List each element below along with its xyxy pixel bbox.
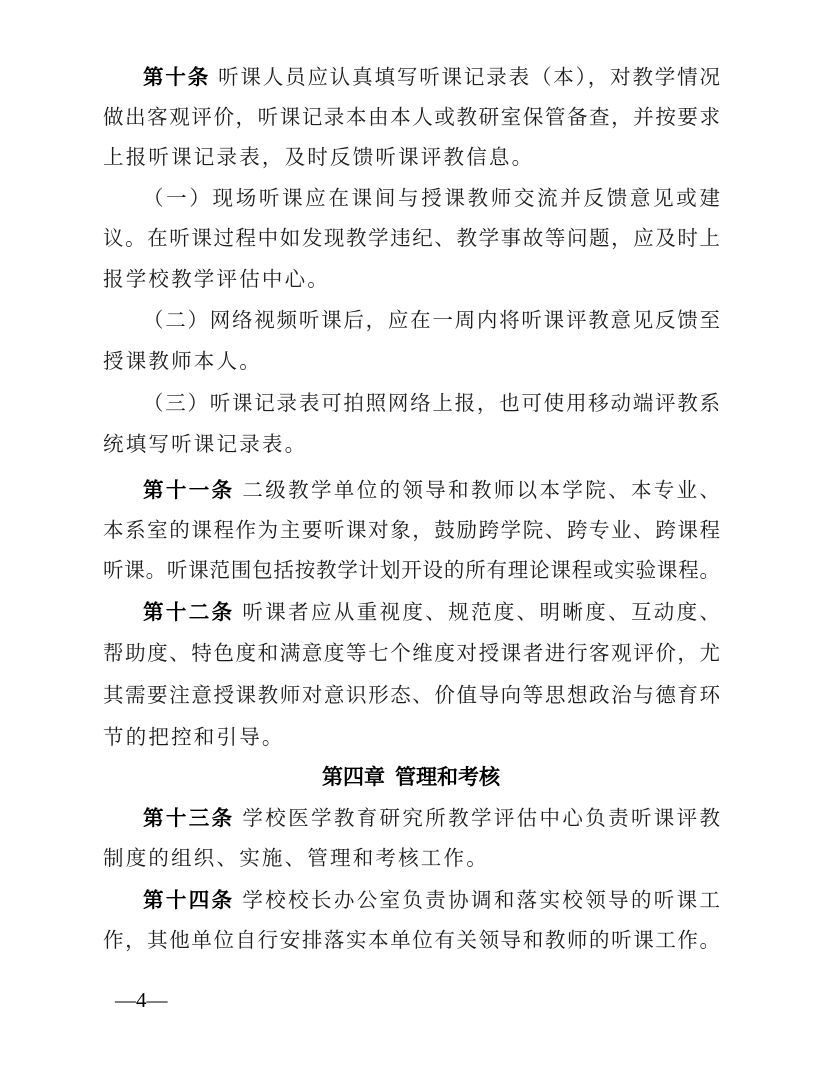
article-label: 第十条	[143, 65, 210, 89]
clause-1-line-2: 议。在听课过程中如发现教学违纪、教学事故等问题，应及时上	[103, 223, 720, 253]
article-14-line-1: 第十四条学校校长办公室负责协调和落实校领导的听课工	[143, 885, 720, 915]
clause-2-line-1: （二）网络视频听课后，应在一周内将听课评教意见反馈至	[143, 305, 720, 335]
article-label: 第十四条	[143, 888, 234, 912]
article-10-line-1: 第十条听课人员应认真填写听课记录表（本），对教学情况	[143, 62, 720, 92]
article-text: 学校医学教育研究所教学评估中心负责听课评教	[242, 806, 720, 830]
article-12-line-3: 其需要注意授课教师对意识形态、价值导向等思想政治与德育环	[103, 680, 720, 710]
article-label: 第十一条	[143, 478, 234, 502]
article-text: 二级教学单位的领导和教师以本学院、本专业、	[242, 478, 720, 502]
page-number: —4—	[115, 985, 168, 1015]
article-12-line-2: 帮助度、特色度和满意度等七个维度对授课者进行客观评价，尤	[103, 638, 720, 668]
chapter-number: 第四章	[322, 765, 385, 789]
document-page: 第十条听课人员应认真填写听课记录表（本），对教学情况 做出客观评价，听课记录本由…	[0, 0, 822, 1083]
article-text: 听课人员应认真填写听课记录表（本），对教学情况	[218, 65, 720, 89]
article-12-line-4: 节的把控和引导。	[103, 722, 720, 752]
article-label: 第十二条	[143, 600, 234, 624]
article-13-line-2: 制度的组织、实施、管理和考核工作。	[103, 843, 720, 873]
article-11-line-1: 第十一条二级教学单位的领导和教师以本学院、本专业、	[143, 475, 720, 505]
article-14-line-2: 作，其他单位自行安排落实本单位有关领导和教师的听课工作。	[103, 925, 720, 955]
article-12-line-1: 第十二条听课者应从重视度、规范度、明晰度、互动度、	[143, 597, 720, 627]
article-11-line-2: 本系室的课程作为主要听课对象，鼓励跨学院、跨专业、跨课程	[103, 515, 720, 545]
chapter-heading: 第四章管理和考核	[0, 762, 822, 792]
clause-1-line-3: 报学校教学评估中心。	[103, 264, 720, 294]
clause-2-line-2: 授课教师本人。	[103, 346, 720, 376]
article-13-line-1: 第十三条学校医学教育研究所教学评估中心负责听课评教	[143, 803, 720, 833]
article-text: 学校校长办公室负责协调和落实校领导的听课工	[242, 888, 720, 912]
article-10-line-2: 做出客观评价，听课记录本由本人或教研室保管备查，并按要求	[103, 102, 720, 132]
clause-3-line-2: 统填写听课记录表。	[103, 429, 720, 459]
clause-3-line-1: （三）听课记录表可拍照网络上报，也可使用移动端评教系	[143, 388, 720, 418]
article-text: 听课者应从重视度、规范度、明晰度、互动度、	[242, 600, 720, 624]
article-10-line-3: 上报听课记录表，及时反馈听课评教信息。	[103, 142, 720, 172]
article-11-line-3: 听课。听课范围包括按教学计划开设的所有理论课程或实验课程。	[103, 555, 720, 585]
clause-1-line-1: （一）现场听课应在课间与授课教师交流并反馈意见或建	[143, 183, 720, 213]
chapter-title: 管理和考核	[395, 765, 500, 789]
article-label: 第十三条	[143, 806, 234, 830]
